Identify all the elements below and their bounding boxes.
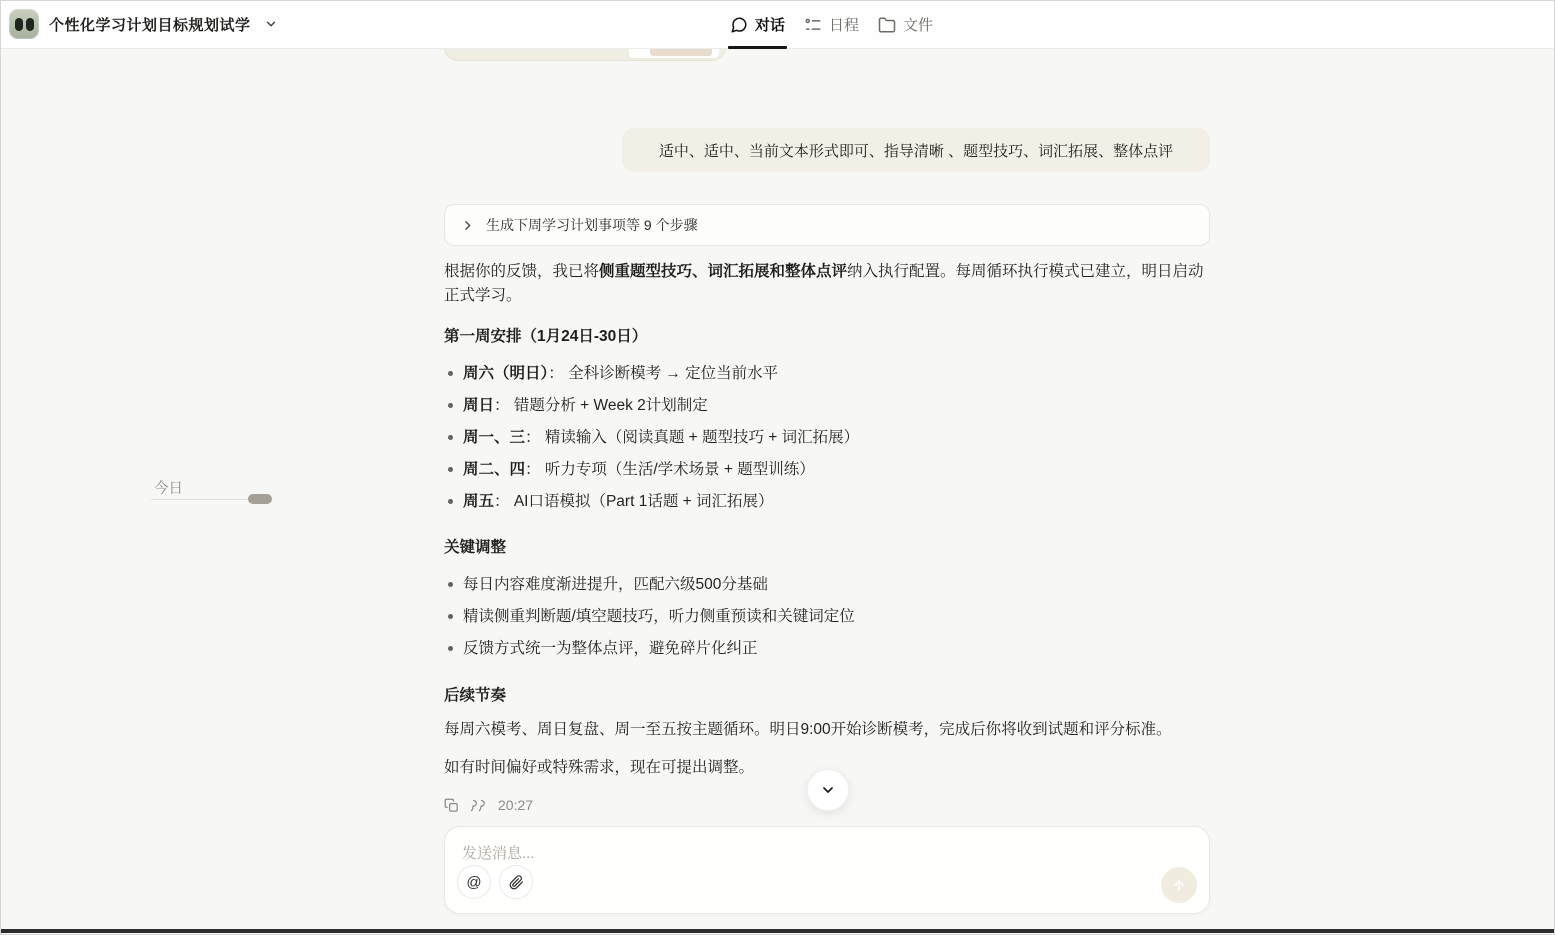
mention-button[interactable]: @ (457, 865, 491, 899)
folder-icon (878, 16, 896, 34)
week-list: 周六（明日）： 全科诊断模考 → 定位当前水平 周日： 错题分析 + Week … (444, 363, 1210, 512)
steps-collapsible[interactable]: 生成下周学习计划事项等 9 个步骤 (444, 204, 1210, 246)
app-window: 个性化学习计划目标规划试学 对话 日程 (0, 0, 1555, 935)
steps-summary-label: 生成下周学习计划事项等 9 个步骤 (486, 215, 698, 235)
timeline-today-label: 今日 (154, 477, 183, 498)
chevron-down-icon[interactable] (264, 17, 278, 31)
app-logo-icon (9, 9, 39, 39)
assistant-message: 根据你的反馈，我已将侧重题型技巧、词汇拓展和整体点评纳入执行配置。每周循环执行模… (444, 260, 1210, 817)
tab-chat-label: 对话 (755, 14, 785, 35)
week-heading: 第一周安排（1月24日-30日） (444, 325, 1210, 349)
list-item: 反馈方式统一为整体点评，避免碎片化纠正 (444, 638, 1210, 659)
page-title: 个性化学习计划目标规划试学 (49, 14, 251, 35)
quote-icon[interactable] (470, 798, 487, 813)
timeline-track (151, 499, 249, 500)
tab-schedule[interactable]: 日程 (802, 1, 861, 48)
rhythm-heading: 后续节奏 (444, 684, 1210, 708)
attach-button[interactable] (499, 865, 533, 899)
send-button[interactable] (1161, 867, 1197, 903)
tab-schedule-label: 日程 (829, 14, 859, 35)
chevron-right-icon (461, 219, 474, 232)
active-tab-underline (728, 46, 787, 49)
list-item: 每日内容难度渐进提升，匹配六级500分基础 (444, 574, 1210, 595)
adjust-heading: 关键调整 (444, 536, 1210, 560)
chat-bubble-icon (730, 16, 748, 34)
tab-chat[interactable]: 对话 (728, 1, 787, 48)
chevron-down-icon (820, 782, 836, 798)
intro-paragraph: 根据你的反馈，我已将侧重题型技巧、词汇拓展和整体点评纳入执行配置。每周循环执行模… (444, 260, 1210, 308)
list-item: 精读侧重判断题/填空题技巧，听力侧重预读和关键词定位 (444, 606, 1210, 627)
message-composer[interactable]: 发送消息... @ (444, 826, 1210, 914)
top-bar: 个性化学习计划目标规划试学 对话 日程 (1, 1, 1554, 49)
at-sign-icon: @ (466, 874, 481, 891)
copy-icon[interactable] (444, 798, 459, 813)
list-item: 周六（明日）： 全科诊断模考 → 定位当前水平 (444, 363, 1210, 384)
task-list-icon (804, 16, 822, 34)
scroll-to-bottom-button[interactable] (807, 769, 849, 811)
list-item: 周一、三： 精读输入（阅读真题 + 题型技巧 + 词汇拓展） (444, 427, 1210, 448)
paperclip-icon (509, 875, 524, 890)
list-item: 周二、四： 听力专项（生活/学术场景 + 题型训练） (444, 459, 1210, 480)
tab-files-label: 文件 (903, 14, 933, 35)
adjust-list: 每日内容难度渐进提升，匹配六级500分基础 精读侧重判断题/填空题技巧，听力侧重… (444, 574, 1210, 659)
list-item: 周日： 错题分析 + Week 2计划制定 (444, 395, 1210, 416)
composer-input[interactable]: 发送消息... (462, 842, 535, 863)
window-bottom-edge (1, 929, 1554, 933)
tab-files[interactable]: 文件 (876, 1, 935, 48)
rhythm-paragraph: 每周六模考、周日复盘、周一至五按主题循环。明日9:00开始诊断模考，完成后你将收… (444, 718, 1210, 742)
user-message-bubble: 适中、适中、当前文本形式即可、指导清晰 、题型技巧、词汇拓展、整体点评 (622, 128, 1210, 172)
list-item: 周五： AI口语模拟（Part 1话题 + 词汇拓展） (444, 491, 1210, 512)
message-timestamp: 20:27 (498, 793, 533, 817)
session-title-menu[interactable]: 个性化学习计划目标规划试学 (9, 9, 278, 39)
arrow-up-icon (1171, 877, 1187, 893)
composer-toolbar: @ (457, 865, 533, 899)
tab-bar: 对话 日程 文件 (728, 1, 935, 48)
timeline-scroll-handle[interactable] (248, 494, 272, 504)
